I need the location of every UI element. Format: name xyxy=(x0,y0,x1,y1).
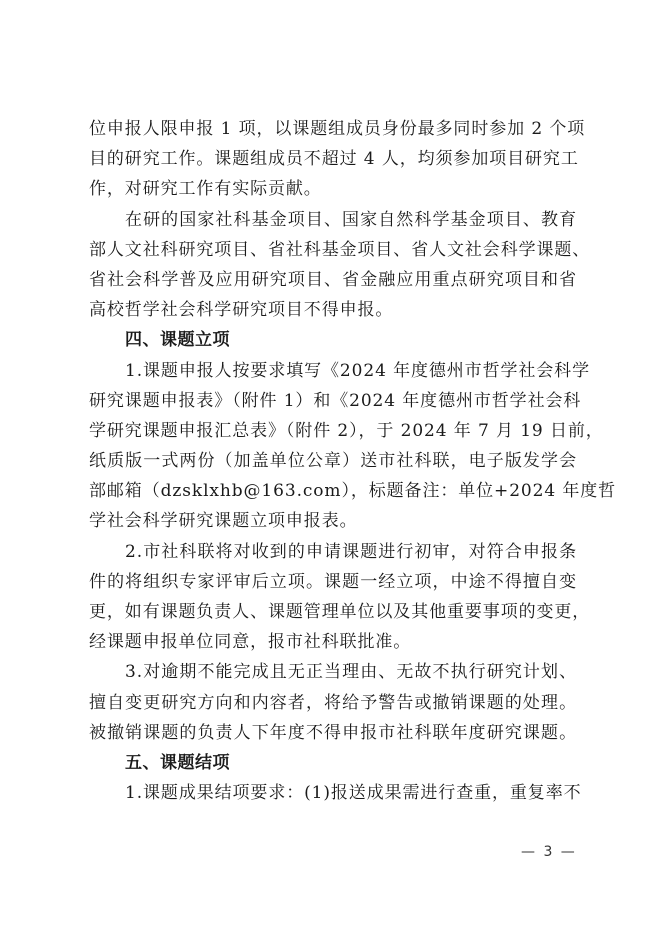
text-line: 作，对研究工作有实际贡献。 xyxy=(89,174,577,204)
document-page: 位申报人限申报 1 项，以课题组成员身份最多同时参加 2 个项 目的研究工作。课… xyxy=(0,0,660,934)
text-line: 省社会科学普及应用研究项目、省金融应用重点研究项目和省 xyxy=(89,265,577,295)
text-line: 被撤销课题的负责人下年度不得申报市社科联年度研究课题。 xyxy=(89,718,577,748)
text-line: 学研究课题申报汇总表》（附件 2），于 2024 年 7 月 19 日前， xyxy=(89,416,577,446)
text-line: 部人文社科研究项目、省社科基金项目、省人文社会科学课题、 xyxy=(89,235,577,265)
section-heading-4: 四、课题立项 xyxy=(89,325,577,355)
paragraph-start: 1.课题成果结项要求：(1)报送成果需进行查重，重复率不 xyxy=(89,778,577,808)
text-line: 位申报人限申报 1 项，以课题组成员身份最多同时参加 2 个项 xyxy=(89,114,577,144)
text-line-email: 部邮箱（dzsklxhb@163.com），标题备注：单位+2024 年度哲 xyxy=(89,476,577,506)
text-line: 高校哲学社会科学研究项目不得申报。 xyxy=(89,295,577,325)
paragraph-start: 3.对逾期不能完成且无正当理由、无故不执行研究计划、 xyxy=(89,657,577,687)
section-heading-5: 五、课题结项 xyxy=(89,748,577,778)
paragraph-start: 在研的国家社科基金项目、国家自然科学基金项目、教育 xyxy=(89,205,577,235)
text-line: 件的将组织专家评审后立项。课题一经立项，中途不得擅自变 xyxy=(89,567,577,597)
paragraph-start: 2.市社科联将对收到的申请课题进行初审，对符合申报条 xyxy=(89,537,577,567)
text-line: 目的研究工作。课题组成员不超过 4 人，均须参加项目研究工 xyxy=(89,144,577,174)
text-line: 学社会科学研究课题立项申报表。 xyxy=(89,506,577,536)
text-line: 经课题申报单位同意，报市社科联批准。 xyxy=(89,627,577,657)
page-number: — 3 — xyxy=(521,844,577,860)
text-line: 纸质版一式两份（加盖单位公章）送市社科联，电子版发学会 xyxy=(89,446,577,476)
text-line: 研究课题申报表》（附件 1）和《2024 年度德州市哲学社会科 xyxy=(89,386,577,416)
paragraph-start: 1.课题申报人按要求填写《2024 年度德州市哲学社会科学 xyxy=(89,356,577,386)
document-body: 位申报人限申报 1 项，以课题组成员身份最多同时参加 2 个项 目的研究工作。课… xyxy=(89,114,577,808)
text-line: 更，如有课题负责人、课题管理单位以及其他重要事项的变更， xyxy=(89,597,577,627)
text-line: 擅自变更研究方向和内容者，将给予警告或撤销课题的处理。 xyxy=(89,688,577,718)
